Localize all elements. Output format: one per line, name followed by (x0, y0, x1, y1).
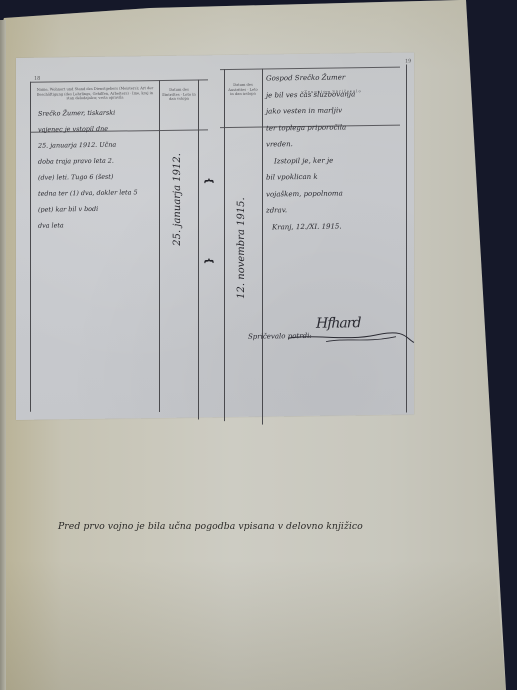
col4-header: Datum des Austrittes · Leto in dan izsto… (226, 83, 260, 97)
certificate-date-line: Kranj, 12./XI. 1915. (266, 217, 416, 236)
col1-header: Name, Wohnort und Stand des Dienstgebers… (34, 86, 156, 101)
entry-date: 25. januarja 1912. (172, 153, 183, 246)
figure-caption: Pred prvo vojno je bila učna pogodba vpi… (58, 521, 363, 532)
employer-line: (dve) leti. Tugo 6 (šest) (38, 168, 168, 186)
document-reproduction: 18 19 Name, Wohnort und Stand des Dienst… (16, 52, 414, 420)
employer-line: dva leta (38, 216, 168, 234)
employer-line: 25. januarja 1912. Učna (38, 136, 168, 154)
col-border-5 (262, 69, 263, 425)
employer-line: Srečko Žumer, tiskarski (38, 104, 168, 122)
exit-date: 12. novembra 1915. (236, 197, 247, 299)
brace-mark: { (203, 177, 214, 184)
certificate-entry: Gospod Srečko Žumer je bil ves čas služb… (266, 68, 416, 235)
document-photo-surface: 18 19 Name, Wohnort und Stand des Dienst… (16, 52, 414, 420)
col2-header: Datum des Eintrittes · Leto in dan vstop… (162, 87, 196, 101)
col-border-3 (198, 79, 199, 419)
table-top-border (30, 79, 208, 82)
photo-scene: 18 19 Name, Wohnort und Stand des Dienst… (0, 0, 517, 690)
employer-line: (pet) kar bil v bodi (38, 200, 168, 218)
signature: Hfhard (316, 315, 360, 332)
page-shadow-bottom (0, 560, 517, 690)
page-binding-edge (0, 20, 6, 690)
employer-line: doba traja pravo leta 2. (38, 152, 168, 170)
col-border-4 (224, 69, 225, 421)
signature-flourish-icon (286, 330, 416, 346)
employer-line: tedna ter (1) dva, dokler leta 5 (38, 184, 168, 202)
employer-entry: Srečko Žumer, tiskarski vajenec je vstop… (38, 104, 168, 234)
col-border-1 (30, 82, 31, 412)
brace-mark: { (203, 257, 214, 264)
employer-line: vajenec je vstopil dne (38, 120, 168, 138)
